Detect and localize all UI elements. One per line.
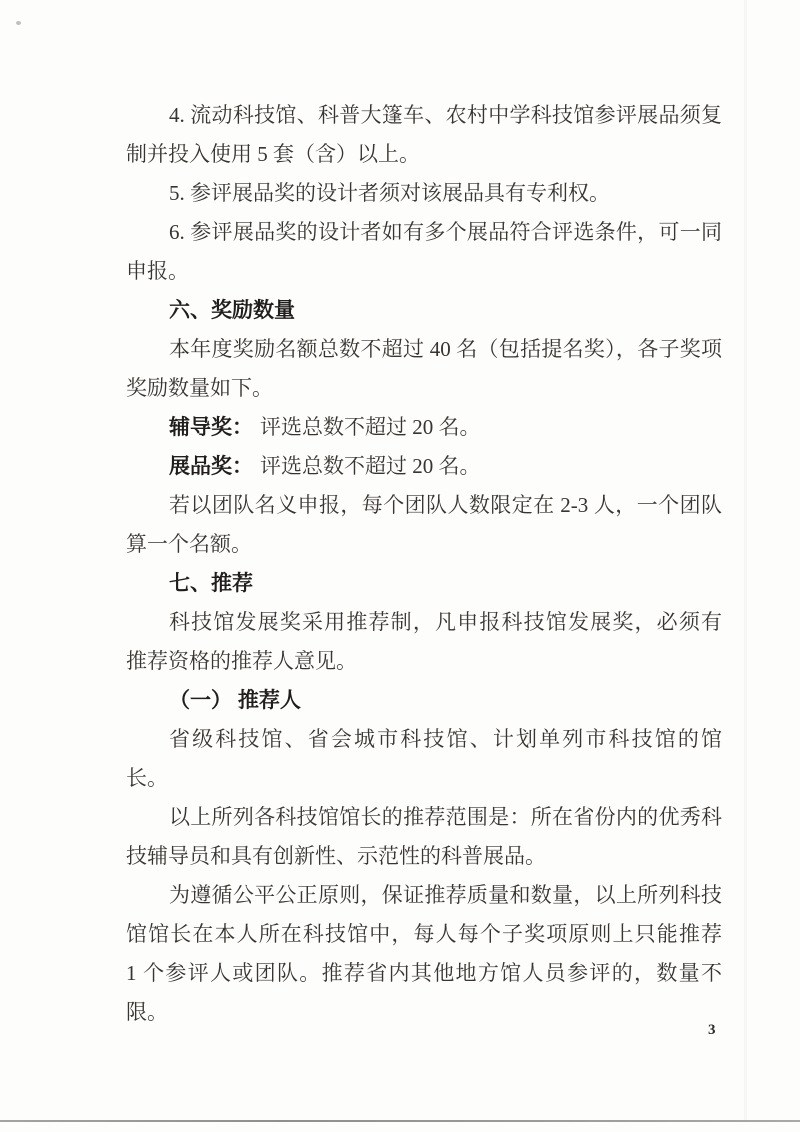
scan-edge-line xyxy=(0,1120,800,1122)
text-line: 省级科技馆、省会城市科技馆、计划单列市科技馆的馆 xyxy=(126,720,722,759)
page-number: 3 xyxy=(708,1022,716,1039)
section-heading-recommendation: 七、推荐 xyxy=(126,564,722,603)
paragraph: 本年度奖励名额总数不超过 40 名（包括提名奖），各子奖项 奖励数量如下。 xyxy=(126,330,722,408)
paragraph: 6. 参评展品奖的设计者如有多个展品符合评选条件，可一同 申报。 xyxy=(126,213,722,291)
text-line: 4. 流动科技馆、科普大篷车、农村中学科技馆参评展品须复 xyxy=(126,96,722,135)
text-line: 为遵循公平公正原则，保证推荐质量和数量，以上所列科技 xyxy=(126,876,722,915)
text-line: （一） 推荐人 xyxy=(126,681,722,720)
text-line: 6. 参评展品奖的设计者如有多个展品符合评选条件，可一同 xyxy=(126,213,722,252)
text-line: 算一个名额。 xyxy=(126,525,722,564)
text-line: 若以团队名义申报，每个团队人数限定在 2-3 人，一个团队 xyxy=(126,486,722,525)
text-line: 技辅导员和具有创新性、示范性的科普展品。 xyxy=(126,837,722,876)
text-line: 展品奖：评选总数不超过 20 名。 xyxy=(126,447,722,486)
text-line: 1 个参评人或团队。推荐省内其他地方馆人员参评的，数量不 xyxy=(126,954,722,993)
text-line: 六、奖励数量 xyxy=(126,291,722,330)
paragraph: 省级科技馆、省会城市科技馆、计划单列市科技馆的馆 长。 xyxy=(126,720,722,798)
text-line: 科技馆发展奖采用推荐制，凡申报科技馆发展奖，必须有 xyxy=(126,603,722,642)
text-line: 申报。 xyxy=(126,252,722,291)
paragraph: 4. 流动科技馆、科普大篷车、农村中学科技馆参评展品须复 制并投入使用 5 套（… xyxy=(126,96,722,174)
text-line: 长。 xyxy=(126,759,722,798)
text-line: 本年度奖励名额总数不超过 40 名（包括提名奖），各子奖项 xyxy=(126,330,722,369)
paragraph-tutor-award: 辅导奖：评选总数不超过 20 名。 xyxy=(126,408,722,447)
subsection-heading-recommender: （一） 推荐人 xyxy=(126,681,722,720)
text-line: 5. 参评展品奖的设计者须对该展品具有专利权。 xyxy=(126,174,722,213)
paragraph: 5. 参评展品奖的设计者须对该展品具有专利权。 xyxy=(126,174,722,213)
section-heading-awards-quantity: 六、奖励数量 xyxy=(126,291,722,330)
text-line: 制并投入使用 5 套（含）以上。 xyxy=(126,135,722,174)
paragraph: 科技馆发展奖采用推荐制，凡申报科技馆发展奖，必须有 推荐资格的推荐人意见。 xyxy=(126,603,722,681)
text-line: 推荐资格的推荐人意见。 xyxy=(126,642,722,681)
award-type-text: 评选总数不超过 20 名。 xyxy=(260,454,481,478)
paragraph: 为遵循公平公正原则，保证推荐质量和数量，以上所列科技 馆馆长在本人所在科技馆中，… xyxy=(126,876,722,1032)
scan-speck xyxy=(16,21,21,25)
document-body: 4. 流动科技馆、科普大篷车、农村中学科技馆参评展品须复 制并投入使用 5 套（… xyxy=(126,96,722,1032)
award-type-label: 展品奖： xyxy=(169,455,253,478)
paragraph: 以上所列各科技馆馆长的推荐范围是：所在省份内的优秀科 技辅导员和具有创新性、示范… xyxy=(126,798,722,876)
scan-crease xyxy=(744,0,747,1120)
award-type-text: 评选总数不超过 20 名。 xyxy=(260,415,481,439)
document-page: 4. 流动科技馆、科普大篷车、农村中学科技馆参评展品须复 制并投入使用 5 套（… xyxy=(0,0,800,1132)
paragraph-exhibit-award: 展品奖：评选总数不超过 20 名。 xyxy=(126,447,722,486)
text-line: 馆馆长在本人所在科技馆中，每人每个子奖项原则上只能推荐 xyxy=(126,915,722,954)
text-line: 七、推荐 xyxy=(126,564,722,603)
text-line: 以上所列各科技馆馆长的推荐范围是：所在省份内的优秀科 xyxy=(126,798,722,837)
text-line: 奖励数量如下。 xyxy=(126,369,722,408)
text-line: 限。 xyxy=(126,993,722,1032)
text-line: 辅导奖：评选总数不超过 20 名。 xyxy=(126,408,722,447)
paragraph: 若以团队名义申报，每个团队人数限定在 2-3 人，一个团队 算一个名额。 xyxy=(126,486,722,564)
award-type-label: 辅导奖： xyxy=(169,416,253,439)
